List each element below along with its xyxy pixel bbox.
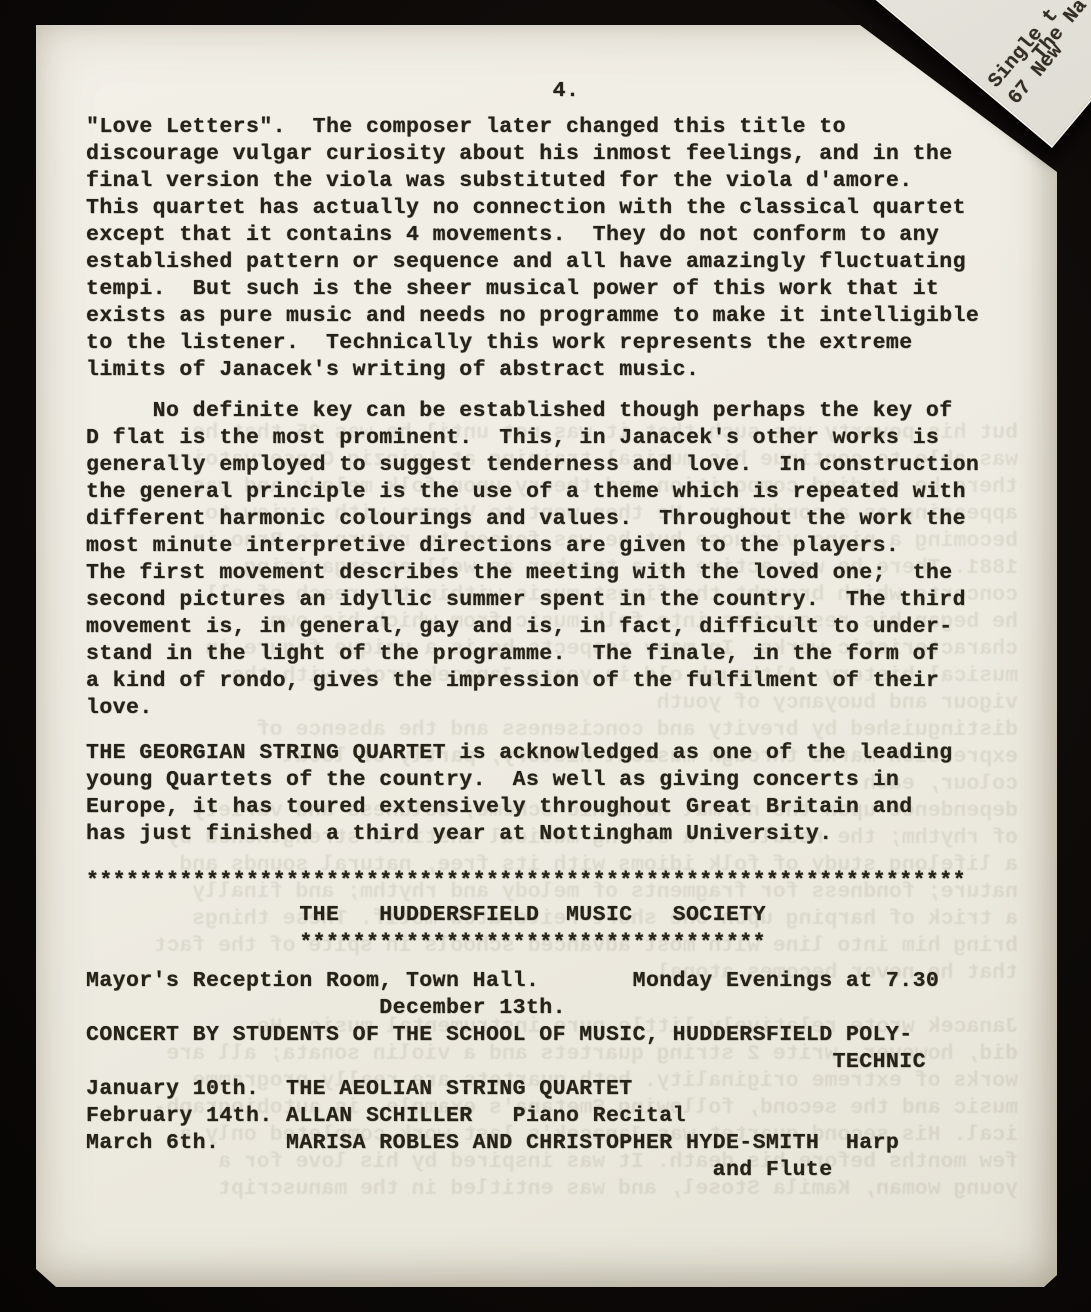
asterisk-divider-short: *********************************** <box>86 930 766 957</box>
typed-line: most minute interpretive directions are … <box>86 533 979 560</box>
page-number-indent <box>86 79 553 103</box>
typed-line: The first movement describes the meeting… <box>86 560 979 587</box>
typed-line: CONCERT BY STUDENTS OF THE SCHOOL OF MUS… <box>86 1022 939 1049</box>
typed-line: February 14th. ALLAN SCHILLER Piano Reci… <box>86 1103 939 1130</box>
typed-line: movement is, in general, gay and is, in … <box>86 614 979 641</box>
typed-line: exists as pure music and needs no progra… <box>86 303 979 330</box>
typed-line: Mayor's Reception Room, Town Hall. Monda… <box>86 968 939 995</box>
schedule-block: Mayor's Reception Room, Town Hall. Monda… <box>86 968 939 1184</box>
typed-line: This quartet has actually no connection … <box>86 195 979 222</box>
asterisk-divider-full: ****************************************… <box>86 868 966 895</box>
typed-line: second pictures an idyllic summer spent … <box>86 587 979 614</box>
typed-line: limits of Janacek's writing of abstract … <box>86 357 979 384</box>
society-heading: THE HUDDERSFIELD MUSIC SOCIETY <box>86 902 766 929</box>
page-number: 4. <box>86 78 579 105</box>
typed-line: THE GEORGIAN STRING QUARTET is acknowled… <box>86 740 953 767</box>
typed-line: TECHNIC <box>86 1049 939 1076</box>
typed-line: to the listener. Technically this work r… <box>86 330 979 357</box>
typed-line: young Quartets of the country. As well a… <box>86 767 953 794</box>
typed-line: March 6th. MARISA ROBLES AND CHRISTOPHER… <box>86 1130 939 1157</box>
typed-line: stand in the light of the programme. The… <box>86 641 979 668</box>
typed-line: different harmonic colourings and values… <box>86 506 979 533</box>
typed-line: December 13th. <box>86 995 939 1022</box>
paragraph-no-definite-key: No definite key can be established thoug… <box>86 398 979 722</box>
typed-line: the general principle is the use of a th… <box>86 479 979 506</box>
photo-backdrop: but his poverty was such that it was not… <box>0 0 1091 1312</box>
typed-line: a kind of rondo, gives the impression of… <box>86 668 979 695</box>
page-number-value: 4. <box>553 79 580 103</box>
typed-line: has just finished a third year at Nottin… <box>86 821 953 848</box>
typed-line: No definite key can be established thoug… <box>86 398 979 425</box>
typed-line: January 10th. THE AEOLIAN STRING QUARTET <box>86 1076 939 1103</box>
document-page: but his poverty was such that it was not… <box>36 25 1057 1287</box>
typed-line: except that it contains 4 movements. The… <box>86 222 979 249</box>
typed-line: Europe, it has toured extensively throug… <box>86 794 953 821</box>
typed-line: "Love Letters". The composer later chang… <box>86 114 979 141</box>
typed-line: generally employed to suggest tenderness… <box>86 452 979 479</box>
typed-line: and Flute <box>86 1157 939 1184</box>
paragraph-love-letters: "Love Letters". The composer later chang… <box>86 114 979 384</box>
typed-line: tempi. But such is the sheer musical pow… <box>86 276 979 303</box>
typed-line: final version the viola was substituted … <box>86 168 979 195</box>
paragraph-georgian-quartet: THE GEORGIAN STRING QUARTET is acknowled… <box>86 740 953 848</box>
typed-line: love. <box>86 695 979 722</box>
typed-line: D flat is the most prominent. This, in J… <box>86 425 979 452</box>
typed-line: established pattern or sequence and all … <box>86 249 979 276</box>
typed-line: discourage vulgar curiosity about his in… <box>86 141 979 168</box>
